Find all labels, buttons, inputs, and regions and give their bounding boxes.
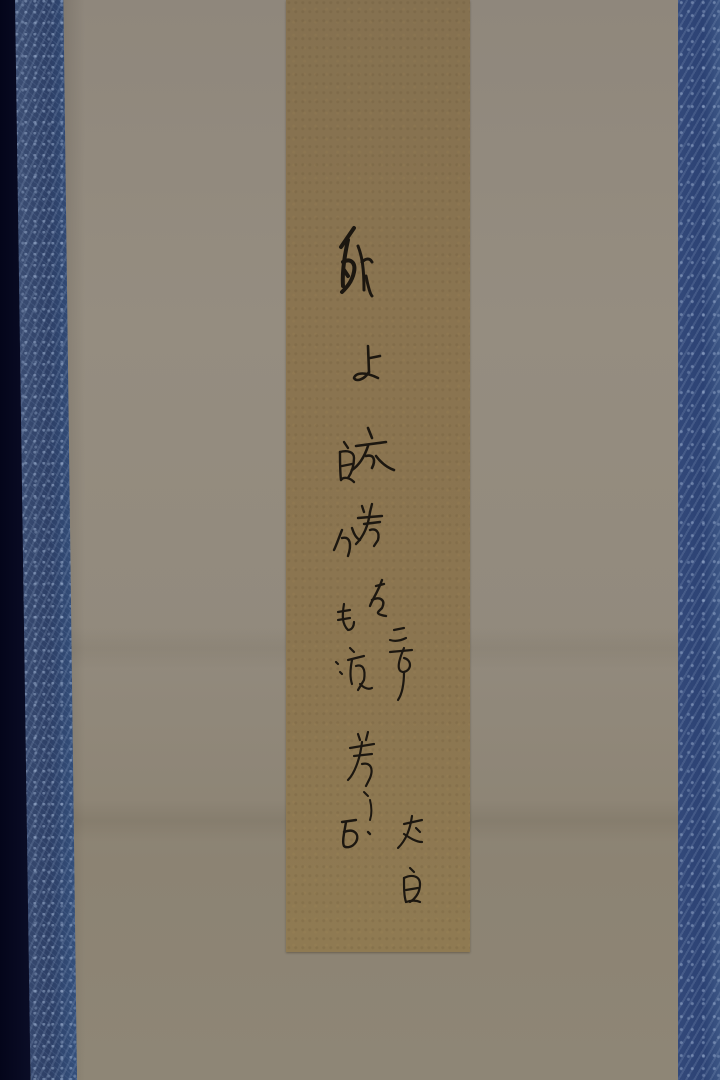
brush-strokes-icon: [286, 0, 470, 952]
calligraphy-ink: [286, 0, 470, 952]
right-brocade-border: [678, 0, 720, 1080]
tanzaku-poem-strip: …よ衣着をこす 自分も…着らる …白: [286, 0, 470, 952]
scroll-photo: …よ衣着をこす 自分も…着らる …白: [0, 0, 720, 1080]
